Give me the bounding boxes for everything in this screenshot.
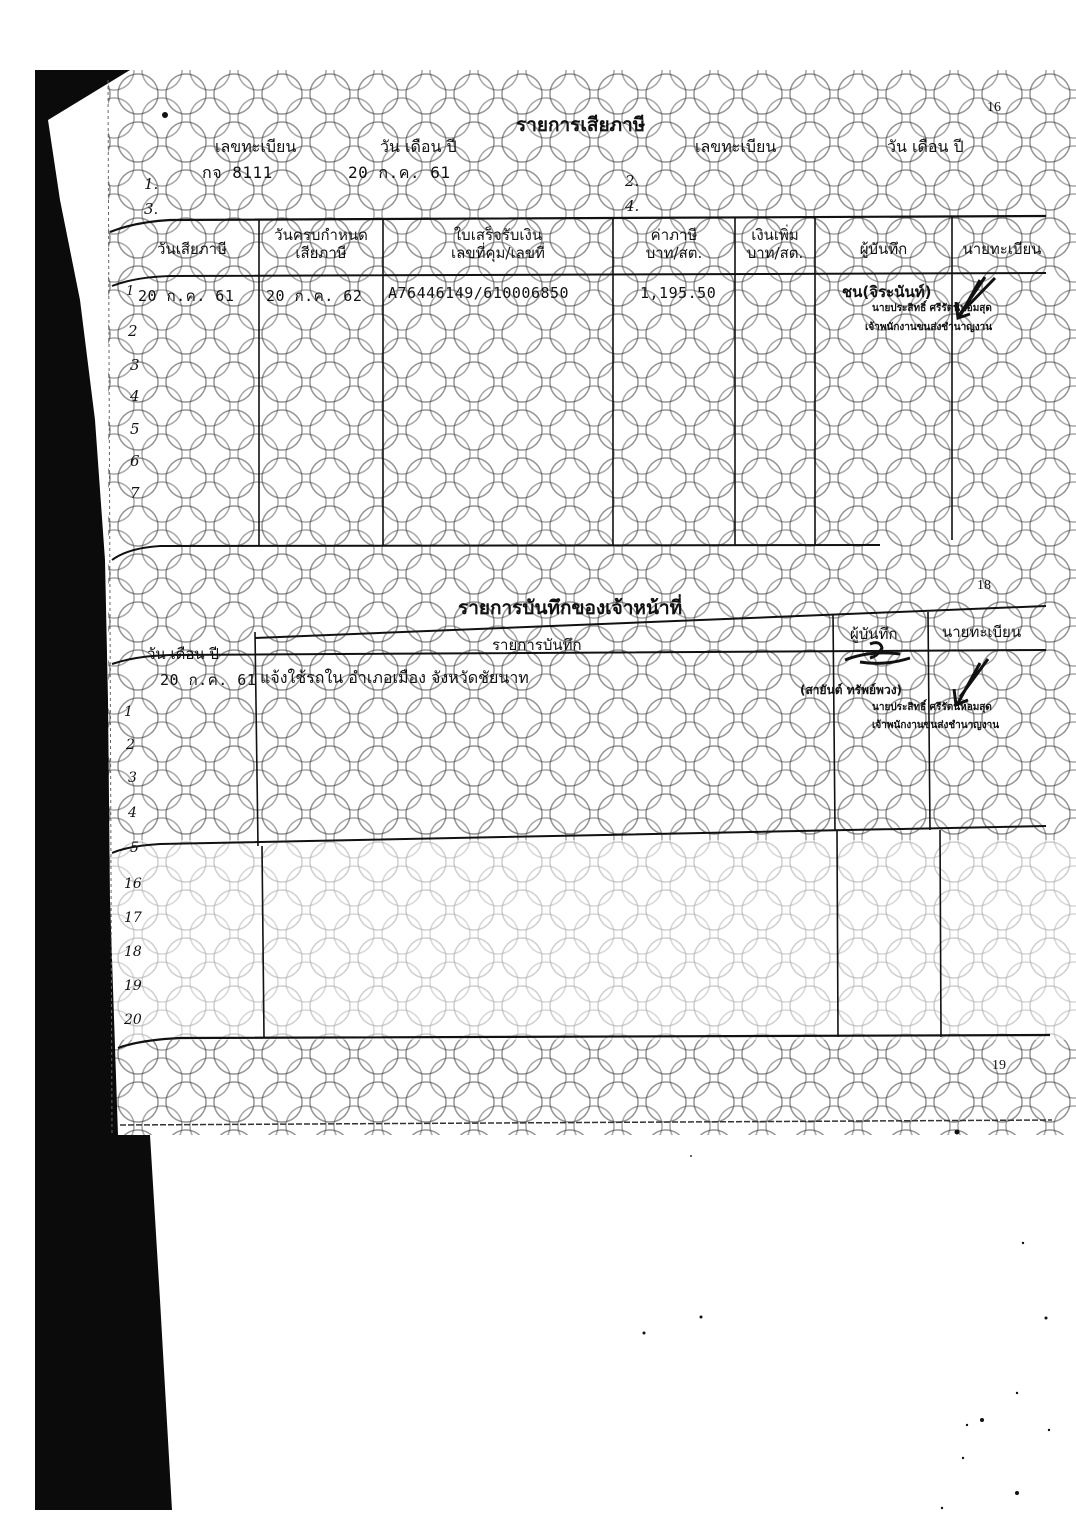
scan-specks (0, 0, 1076, 1522)
